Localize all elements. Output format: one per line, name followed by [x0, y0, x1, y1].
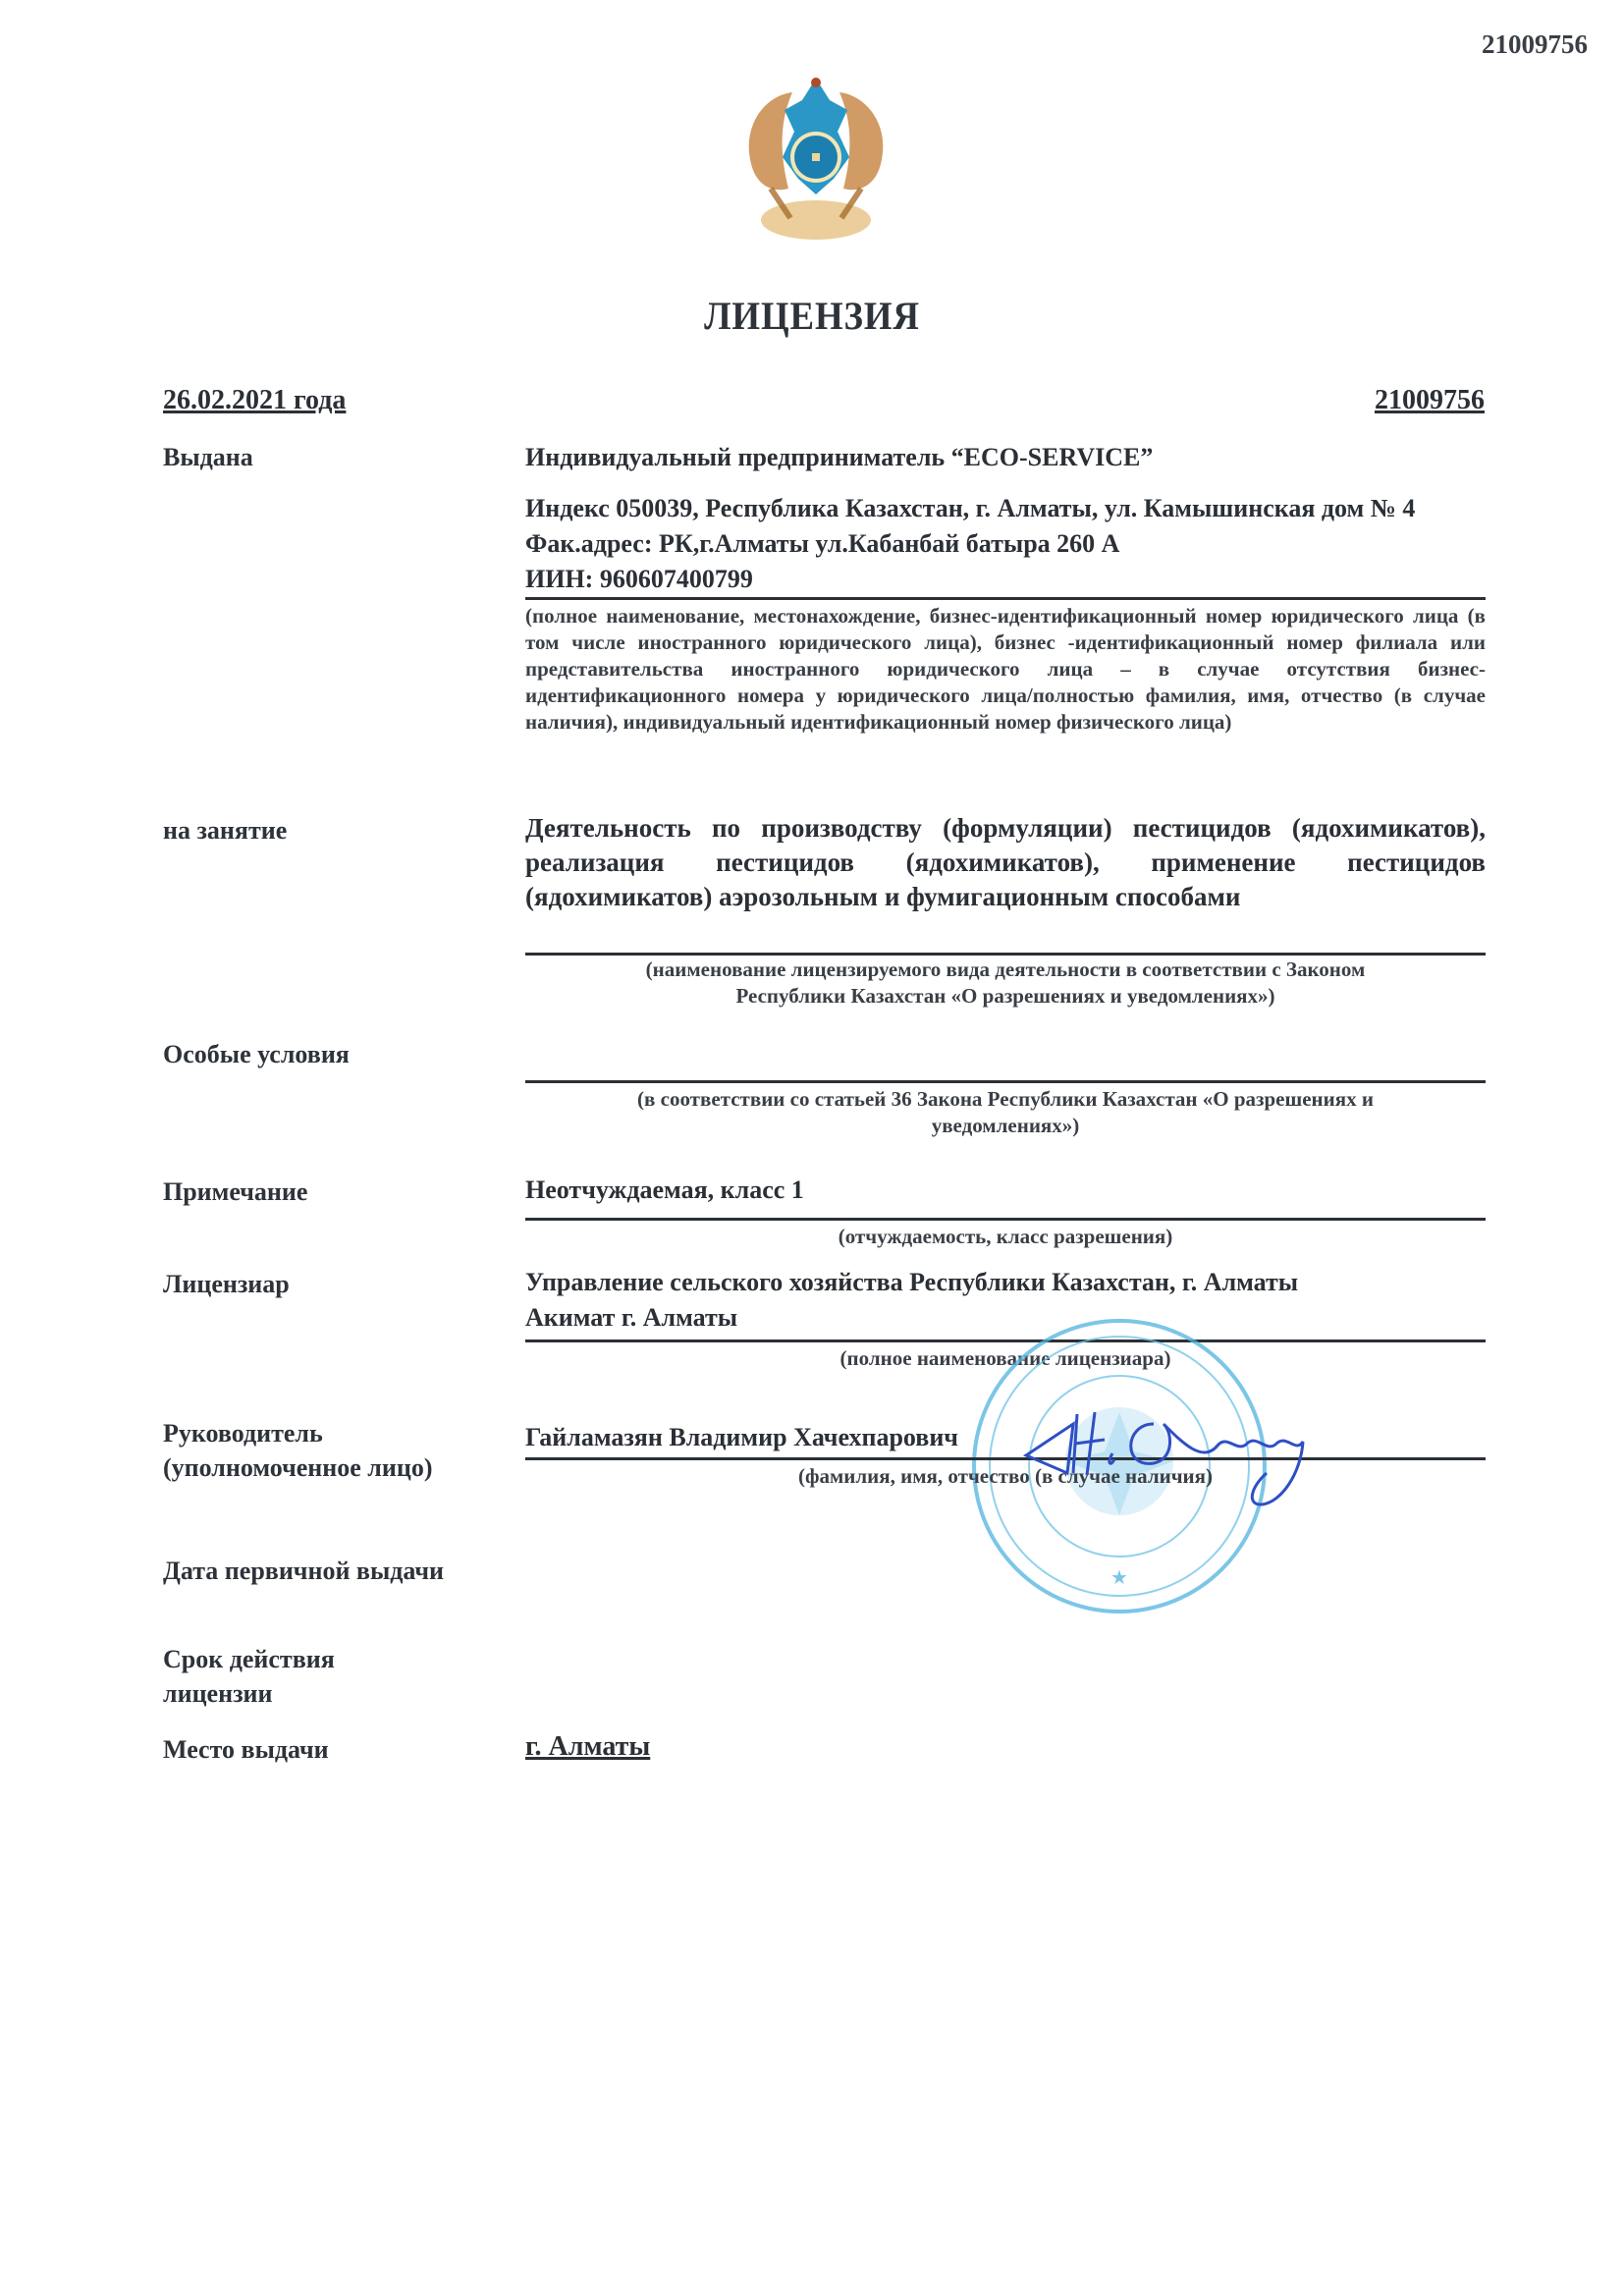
first-issue-date-label: Дата первичной выдачи — [163, 1554, 444, 1588]
hint-line: уведомлениях») — [525, 1113, 1486, 1139]
note-value: Неотчуждаемая, класс 1 — [525, 1173, 1486, 1208]
validity-label: Срок действия лицензии — [163, 1642, 335, 1711]
divider — [525, 1080, 1486, 1083]
note-hint: (отчуждаемость, класс разрешения) — [525, 1224, 1486, 1250]
hint-line: (наименование лицензируемого вида деятел… — [525, 957, 1486, 983]
address-line: ИИН: 960607400799 — [525, 562, 1486, 597]
head-name: Гайламазян Владимир Хачехпарович — [525, 1420, 1486, 1455]
divider — [525, 1218, 1486, 1221]
signature-icon — [1016, 1394, 1340, 1512]
issued-to-name: Индивидуальный предприниматель “ECO-SERV… — [525, 440, 1486, 475]
divider — [525, 597, 1486, 600]
note-label: Примечание — [163, 1175, 307, 1209]
svg-text:★: ★ — [1110, 1567, 1128, 1589]
activity-label: на занятие — [163, 813, 287, 847]
issued-to-hint: (полное наименование, местонахождение, б… — [525, 603, 1486, 736]
special-conditions-hint: (в соответствии со статьей 36 Закона Рес… — [525, 1086, 1486, 1139]
head-hint: (фамилия, имя, отчество (в случае наличи… — [525, 1463, 1486, 1490]
label-line: (уполномоченное лицо) — [163, 1450, 432, 1485]
label-line: Срок действия — [163, 1642, 335, 1676]
hint-line: Республики Казахстан «О разрешениях и ув… — [525, 983, 1486, 1010]
licensor-line: Управление сельского хозяйства Республик… — [525, 1265, 1486, 1300]
place-value: г. Алматы — [525, 1731, 650, 1763]
state-emblem-icon — [731, 71, 900, 246]
licensor-label: Лицензиар — [163, 1267, 290, 1301]
license-number: 21009756 — [1375, 385, 1485, 416]
place-label: Место выдачи — [163, 1732, 329, 1767]
divider — [525, 1457, 1486, 1460]
head-label: Руководитель (уполномоченное лицо) — [163, 1416, 432, 1485]
hint-line: (в соответствии со статьей 36 Закона Рес… — [525, 1086, 1486, 1113]
issue-date: 26.02.2021 года — [163, 385, 346, 416]
document-number-top: 21009756 — [1482, 29, 1588, 60]
address-line: Индекс 050039, Республика Казахстан, г. … — [525, 491, 1486, 526]
label-line: лицензии — [163, 1676, 335, 1711]
issued-to-label: Выдана — [163, 440, 253, 474]
label-line: Руководитель — [163, 1416, 432, 1450]
document-title: ЛИЦЕНЗИЯ — [65, 293, 1559, 339]
issued-to-address: Индекс 050039, Республика Казахстан, г. … — [525, 491, 1486, 597]
special-conditions-label: Особые условия — [163, 1037, 350, 1071]
address-line: Фак.адрес: РК,г.Алматы ул.Кабанбай батыр… — [525, 526, 1486, 562]
divider — [525, 953, 1486, 956]
activity-hint: (наименование лицензируемого вида деятел… — [525, 957, 1486, 1010]
activity-value: Деятельность по производству (формуляции… — [525, 811, 1486, 914]
